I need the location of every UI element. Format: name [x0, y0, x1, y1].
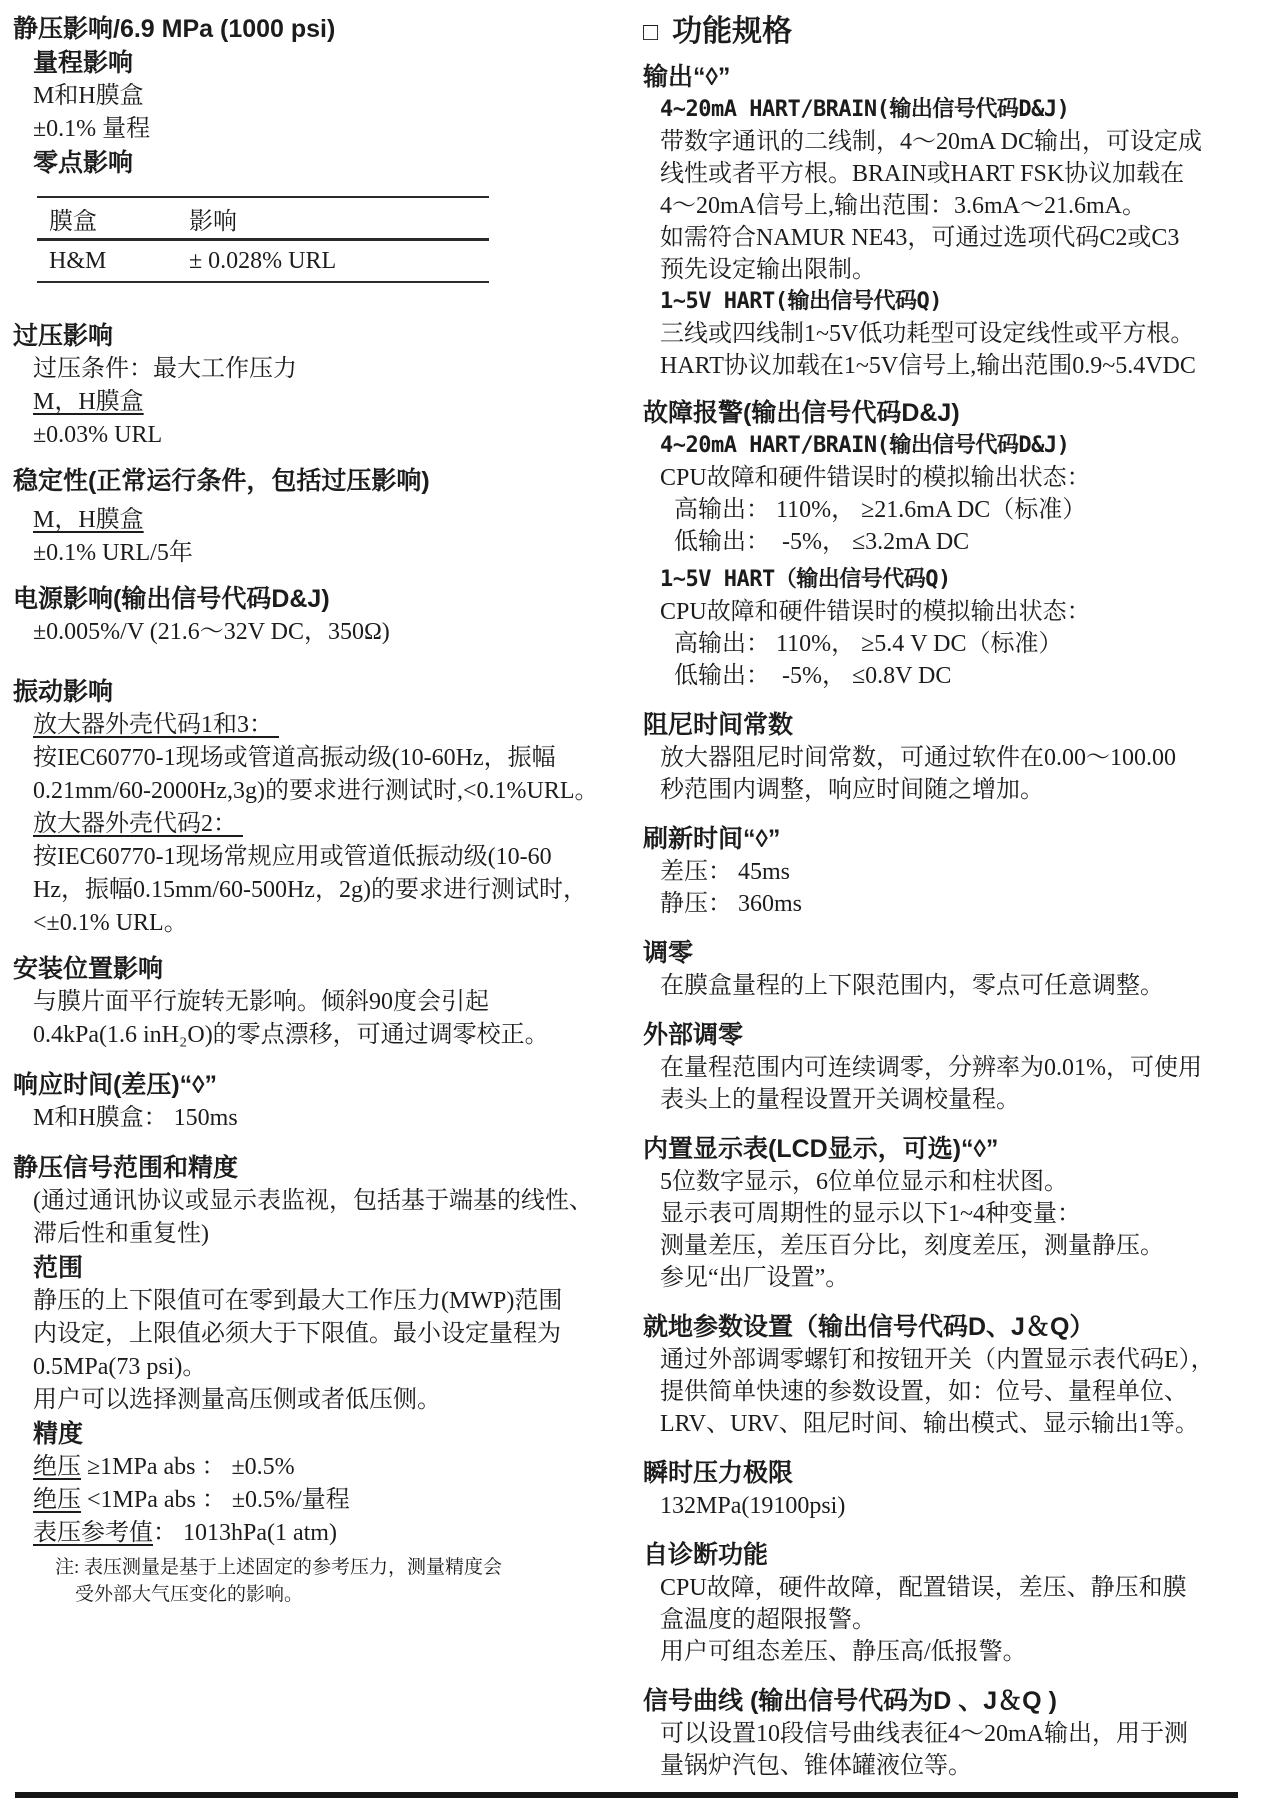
subheading-accuracy: 精度 — [13, 1417, 628, 1451]
table-cell-capsule: H&M — [37, 248, 189, 275]
text-line: 放大器外壳代码2： — [13, 808, 628, 841]
table-header-row: 膜盒 影响 — [37, 198, 489, 241]
page-footer-rule — [15, 1792, 1238, 1798]
text-line: M和H膜盒 — [13, 80, 628, 113]
text-line: 线性或者平方根。BRAIN或HART FSK协议加载在 — [643, 158, 1258, 190]
text-line: 过压条件：最大工作压力 — [13, 353, 628, 386]
text-line: 4～20mA信号上,输出范围：3.6mA～21.6mA。 — [643, 190, 1258, 222]
text-line: 用户可以选择测量高压侧或者低压侧。 — [13, 1384, 628, 1417]
underlined-case-label: 放大器外壳代码2： — [33, 811, 243, 837]
heading-self-diagnostics: 自诊断功能 — [643, 1538, 1258, 1572]
text-line: 表头上的量程设置开关调校量程。 — [643, 1084, 1258, 1116]
text-line: 高输出： 110%， ≥21.6mA DC（标准） — [643, 494, 1258, 526]
heading-local-parameter-setting: 就地参数设置（输出信号代码D、J＆Q） — [643, 1310, 1258, 1344]
text-line: 参见“出厂设置”。 — [643, 1262, 1258, 1294]
underlined-gauge-label: 表压参考值 — [33, 1520, 153, 1546]
text-line: 量锅炉汽包、锥体罐液位等。 — [643, 1750, 1258, 1782]
text-line: 静压的上下限值可在零到最大工作压力(MWP)范围 — [13, 1285, 628, 1318]
text-line: 0.4kPa(1.6 inH₂O)的零点漂移，可通过调零校正。 — [13, 1019, 628, 1052]
text-line: 显示表可周期性的显示以下1~4种变量： — [643, 1198, 1258, 1230]
text-line: ±0.005%/V (21.6～32V DC，350Ω) — [13, 616, 628, 649]
text-line: 按IEC60770-1现场常规应用或管道低振动级(10-60 — [13, 841, 628, 874]
text-line: Hz，振幅0.15mm/60-500Hz，2g)的要求进行测试时， — [13, 874, 628, 907]
heading-response-time: 响应时间(差压)“◊” — [13, 1068, 628, 1102]
spec-document-page: 静压影响/6.9 MPa (1000 psi) 量程影响 M和H膜盒 ±0.1%… — [0, 0, 1281, 1807]
subheading-zero-effect: 零点影响 — [13, 146, 628, 180]
text-line: 与膜片面平行旋转无影响。倾斜90度会引起 — [13, 986, 628, 1019]
heading-external-zero: 外部调零 — [643, 1018, 1258, 1052]
square-bullet-icon: □ — [643, 12, 658, 52]
text-line: CPU故障和硬件错误时的模拟输出状态： — [643, 596, 1258, 628]
text-line: (通过通讯协议或显示表监视，包括基于端基的线性、 — [13, 1185, 628, 1218]
page-title: 功能规格 — [672, 12, 792, 52]
text-line: 5位数字显示，6位单位显示和柱状图。 — [643, 1166, 1258, 1198]
text-line: 表压参考值： 1013hPa(1 atm) — [13, 1517, 628, 1550]
text-line: M和H膜盒： 150ms — [13, 1102, 628, 1135]
text-line: HART协议加载在1~5V信号上,输出范围0.9~5.4VDC — [643, 350, 1258, 382]
text-line: 提供简单快速的参数设置，如：位号、量程单位、 — [643, 1376, 1258, 1408]
heading-vibration-effects: 振动影响 — [13, 675, 628, 709]
text-line: M，H膜盒 — [13, 386, 628, 419]
table-row: H&M ± 0.028% URL — [37, 241, 489, 281]
table-cell-effect: ± 0.028% URL — [189, 248, 489, 275]
text-line: 预先设定输出限制。 — [643, 254, 1258, 286]
text-line: 通过外部调零螺钉和按钮开关（内置显示表代码E）， — [643, 1344, 1258, 1376]
text-line: 秒范围内调整，响应时间随之增加。 — [643, 774, 1258, 806]
text-line: M，H膜盒 — [13, 504, 628, 537]
text-line: 可以设置10段信号曲线表征4～20mA输出，用于测 — [643, 1718, 1258, 1750]
table-header-effect: 影响 — [189, 201, 489, 236]
accuracy-value: ≥1MPa abs ： ±0.5% — [81, 1454, 295, 1480]
text-line: 在膜盒量程的上下限范围内，零点可任意调整。 — [643, 970, 1258, 1002]
text-line: CPU故障，硬件故障，配置错误，差压、静压和膜 — [643, 1572, 1258, 1604]
heading-stability: 稳定性(正常运行条件，包括过压影响) — [13, 464, 628, 498]
subheading-span-effect: 量程影响 — [13, 46, 628, 80]
heading-transient-pressure-limit: 瞬时压力极限 — [643, 1456, 1258, 1490]
heading-overpressure: 过压影响 — [13, 319, 628, 353]
text-line: LRV、URV、阻尼时间、输出模式、显示输出1等。 — [643, 1408, 1258, 1440]
footnote-line: 受外部大气压变化的影响。 — [13, 1581, 628, 1608]
accuracy-value: ： 1013hPa(1 atm) — [153, 1520, 337, 1546]
text-line: 盒温度的超限报警。 — [643, 1604, 1258, 1636]
accuracy-value: <1MPa abs ： ±0.5%/量程 — [81, 1487, 350, 1513]
text-line: 差压： 45ms — [643, 856, 1258, 888]
heading-failure-alarm: 故障报警(输出信号代码D&J) — [643, 396, 1258, 430]
heading-signal-curve: 信号曲线 (输出信号代码为D 、J＆Q ) — [643, 1684, 1258, 1718]
subheading-output-420ma: 4~20mA HART/BRAIN(输出信号代码D&J) — [643, 94, 1258, 126]
text-line: <±0.1% URL。 — [13, 907, 628, 940]
left-column: 静压影响/6.9 MPa (1000 psi) 量程影响 M和H膜盒 ±0.1%… — [13, 12, 628, 1608]
text-line: 静压： 360ms — [643, 888, 1258, 920]
heading-static-pressure-effects: 静压影响/6.9 MPa (1000 psi) — [13, 12, 628, 46]
text-line: 滞后性和重复性) — [13, 1218, 628, 1251]
text-line: 绝压 ≥1MPa abs ： ±0.5% — [13, 1451, 628, 1484]
heading-zero-adjustment: 调零 — [643, 936, 1258, 970]
heading-power-supply-effects: 电源影响(输出信号代码D&J) — [13, 582, 628, 616]
text-line: 低输出： -5%， ≤0.8V DC — [643, 660, 1258, 692]
heading-update-time: 刷新时间“◊” — [643, 822, 1258, 856]
text-line: 放大器外壳代码1和3： — [13, 709, 628, 742]
zero-effect-table: 膜盒 影响 H&M ± 0.028% URL — [37, 196, 489, 283]
heading-damping: 阻尼时间常数 — [643, 708, 1258, 742]
underlined-abs-label: 绝压 — [33, 1454, 81, 1480]
text-line: ±0.03% URL — [13, 419, 628, 452]
heading-sp-signal-range-accuracy: 静压信号范围和精度 — [13, 1151, 628, 1185]
heading-output: 输出“◊” — [643, 60, 1258, 94]
subheading-output-15v: 1~5V HART(输出信号代码Q) — [643, 286, 1258, 318]
text-line: 内设定，上限值必须大于下限值。最小设定量程为 — [13, 1318, 628, 1351]
underlined-capsule-label: M，H膜盒 — [33, 507, 144, 533]
text-line: 带数字通讯的二线制，4～20mA DC输出，可设定成 — [643, 126, 1258, 158]
text-line: 按IEC60770-1现场或管道高振动级(10-60Hz，振幅 — [13, 742, 628, 775]
underlined-case-label: 放大器外壳代码1和3： — [33, 712, 279, 738]
text-line: 在量程范围内可连续调零，分辨率为0.01%，可使用 — [643, 1052, 1258, 1084]
text-line: 0.5MPa(73 psi)。 — [13, 1351, 628, 1384]
heading-mounting-position: 安装位置影响 — [13, 952, 628, 986]
table-header-capsule: 膜盒 — [37, 201, 189, 236]
subheading-range: 范围 — [13, 1251, 628, 1285]
subheading-alarm-15v: 1~5V HART（输出信号代码Q) — [643, 564, 1258, 596]
heading-integral-indicator: 内置显示表(LCD显示，可选)“◊” — [643, 1132, 1258, 1166]
right-column: □ 功能规格 输出“◊” 4~20mA HART/BRAIN(输出信号代码D&J… — [643, 12, 1258, 1782]
text-line: 绝压 <1MPa abs ： ±0.5%/量程 — [13, 1484, 628, 1517]
text-line: 高输出： 110%， ≥5.4 V DC（标准） — [643, 628, 1258, 660]
text-line: ±0.1% URL/5年 — [13, 537, 628, 570]
footnote-line: 注: 表压测量是基于上述固定的参考压力，测量精度会 — [13, 1554, 628, 1581]
text-line: 0.21mm/60-2000Hz,3g)的要求进行测试时,<0.1%URL。 — [13, 775, 628, 808]
functional-spec-header: □ 功能规格 — [643, 12, 1258, 52]
text-line: 低输出： -5%， ≤3.2mA DC — [643, 526, 1258, 558]
text-line: 放大器阻尼时间常数，可通过软件在0.00～100.00 — [643, 742, 1258, 774]
subheading-alarm-420ma: 4~20mA HART/BRAIN(输出信号代码D&J) — [643, 430, 1258, 462]
text-line: 如需符合NAMUR NE43，可通过选项代码C2或C3 — [643, 222, 1258, 254]
text-line: 132MPa(19100psi) — [643, 1490, 1258, 1522]
text-line: 三线或四线制1~5V低功耗型可设定线性或平方根。 — [643, 318, 1258, 350]
underlined-capsule-label: M，H膜盒 — [33, 389, 144, 415]
text-line: 测量差压，差压百分比，刻度差压，测量静压。 — [643, 1230, 1258, 1262]
text-line: ±0.1% 量程 — [13, 113, 628, 146]
text-line: CPU故障和硬件错误时的模拟输出状态： — [643, 462, 1258, 494]
underlined-abs-label: 绝压 — [33, 1487, 81, 1513]
text-line: 用户可组态差压、静压高/低报警。 — [643, 1636, 1258, 1668]
